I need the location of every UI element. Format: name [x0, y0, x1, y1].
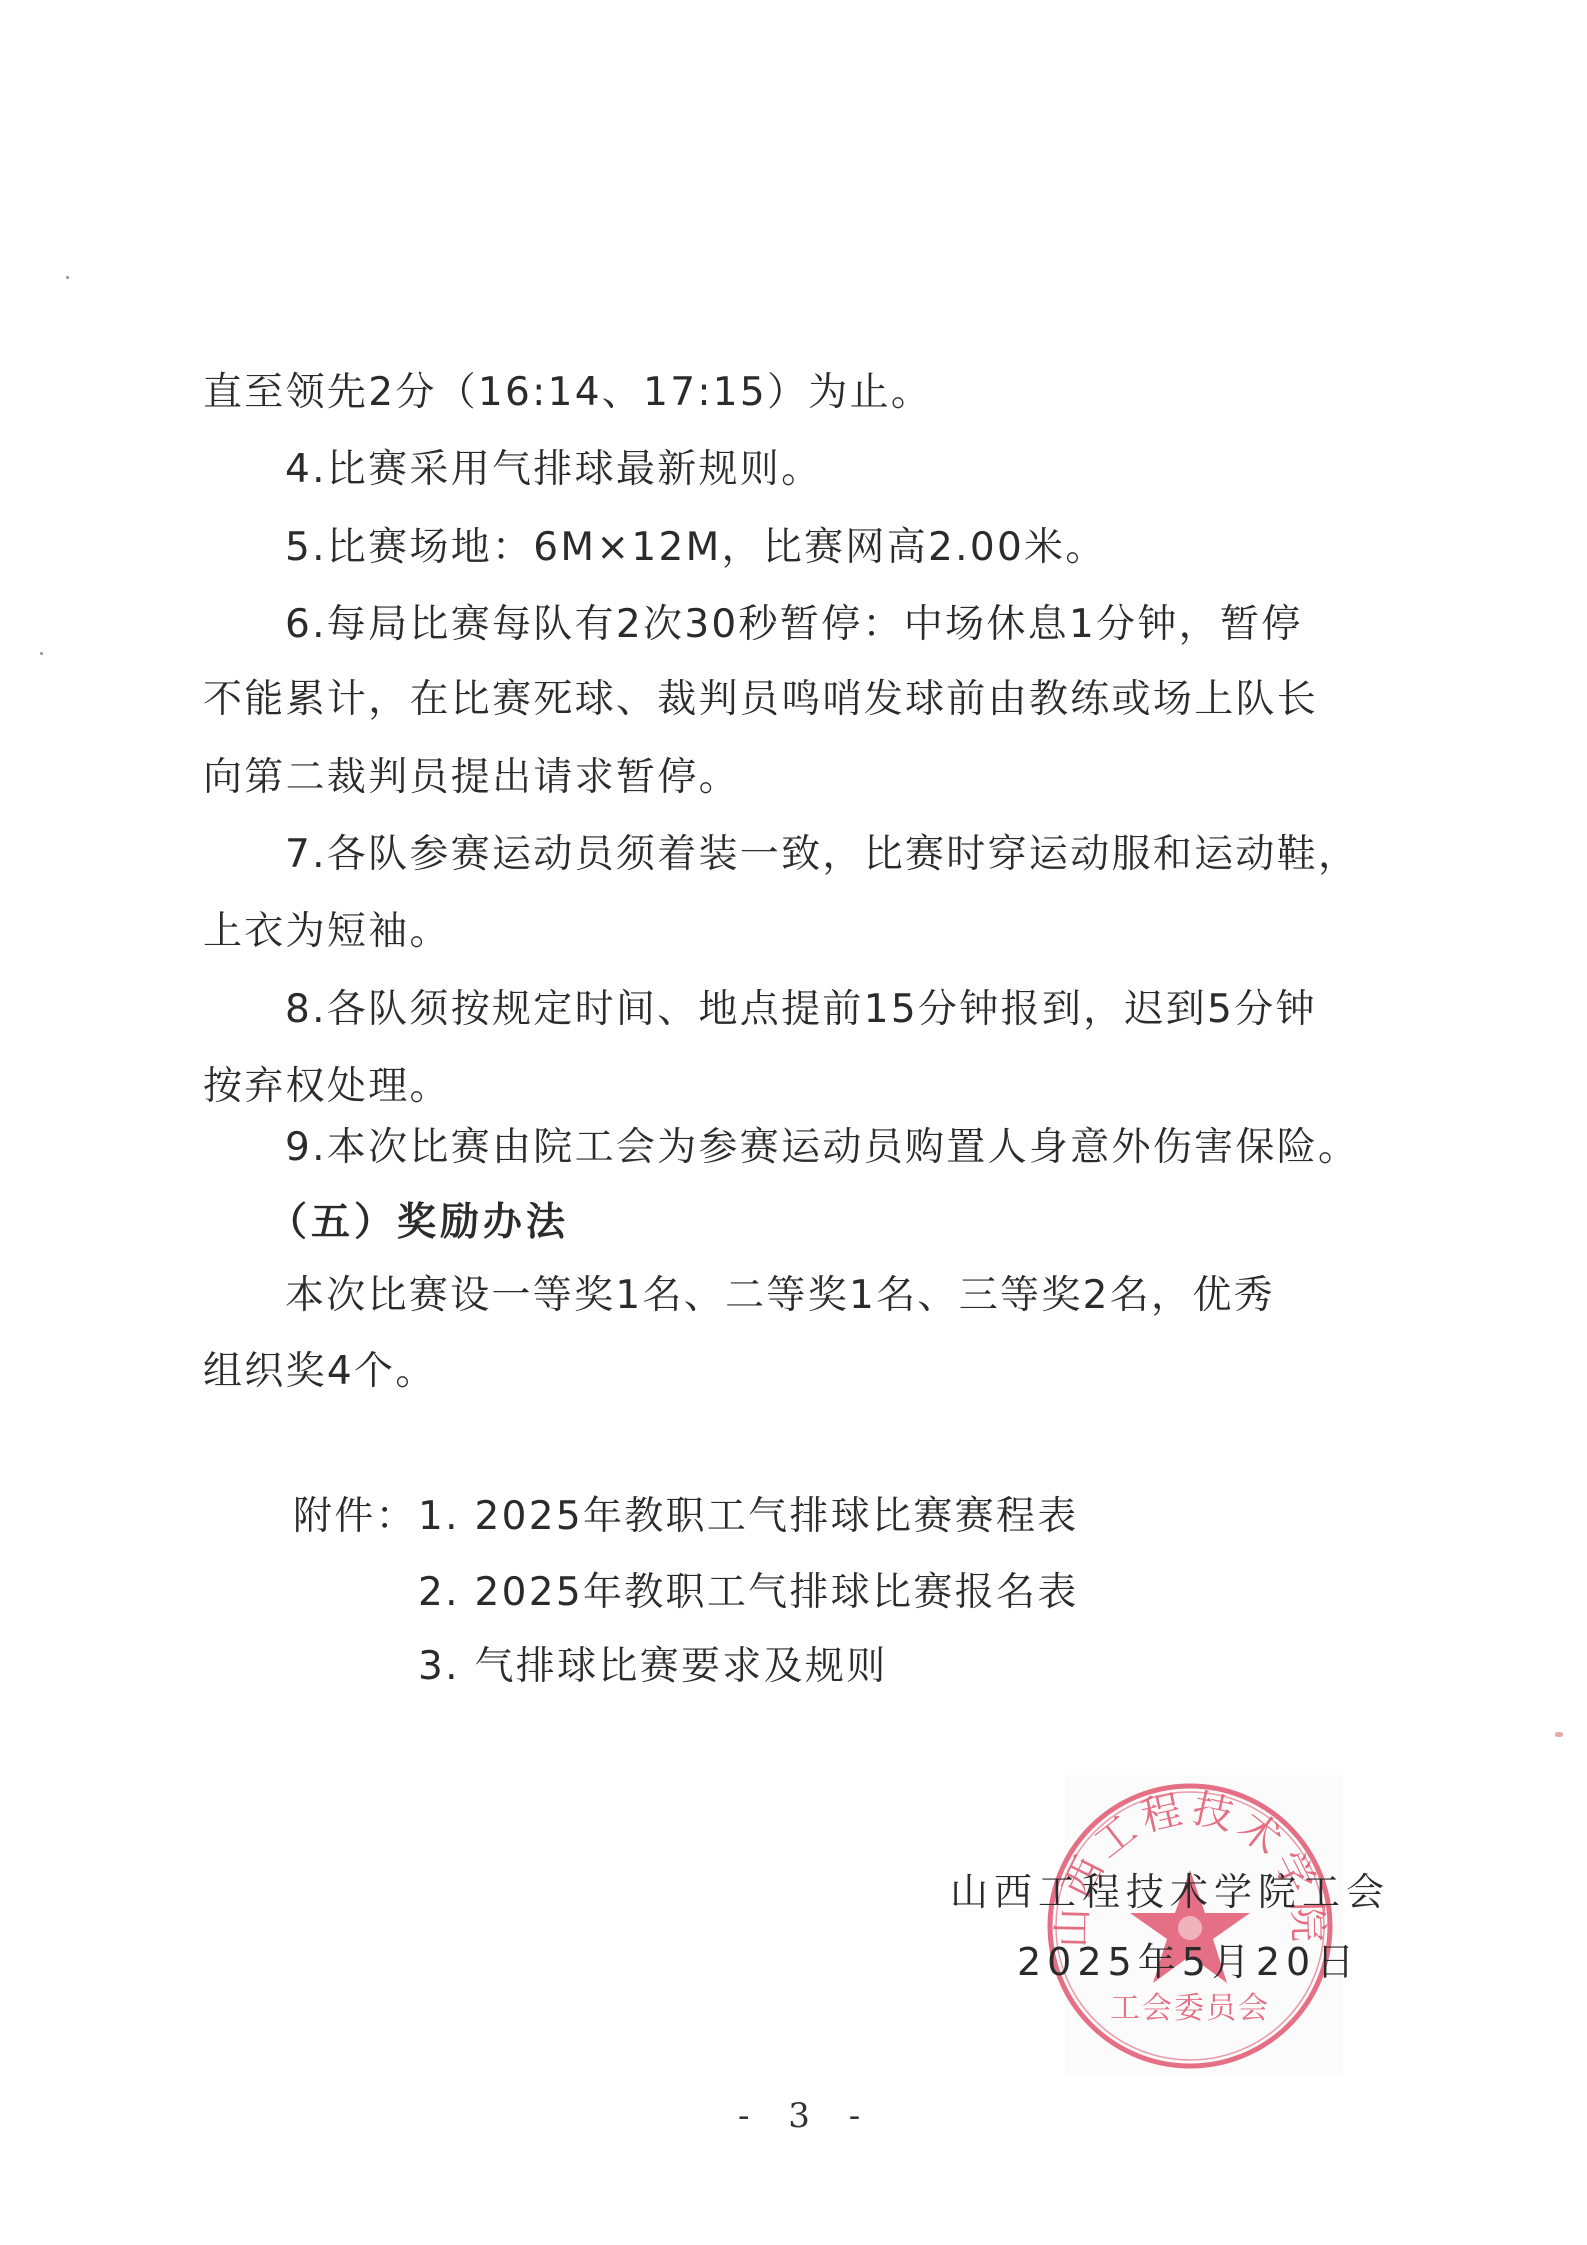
body-line: 5.比赛场地：6M×12M，比赛网高2.00米。 [285, 522, 1107, 574]
attachment-item: 3. 气排球比赛要求及规则 [418, 1641, 888, 1693]
awards-line: 组织奖4个。 [203, 1346, 437, 1398]
page-number: - 3 - [738, 2090, 874, 2142]
awards-line: 本次比赛设一等奖1名、二等奖1名、三等奖2名，优秀 [285, 1270, 1275, 1322]
body-line: 按弃权处理。 [203, 1061, 451, 1113]
signature-organization: 山西工程技术学院工会 [950, 1866, 1390, 1918]
body-line: 直至领先2分（16:14、17:15）为止。 [203, 367, 932, 419]
section-heading: （五）奖励办法 [268, 1196, 569, 1248]
scan-speck [1555, 1732, 1563, 1737]
body-line: 上衣为短袖。 [203, 906, 451, 958]
body-line: 不能累计，在比赛死球、裁判员鸣哨发球前由教练或场上队长 [203, 674, 1318, 726]
scan-speck [40, 652, 43, 655]
body-line: 9.本次比赛由院工会为参赛运动员购置人身意外伤害保险。 [285, 1122, 1359, 1174]
attachment-item: 2. 2025年教职工气排球比赛报名表 [418, 1567, 1079, 1619]
body-line: 向第二裁判员提出请求暂停。 [203, 752, 740, 804]
stamp-background [1065, 1775, 1343, 2075]
attachment-item: 1. 2025年教职工气排球比赛赛程表 [418, 1491, 1079, 1543]
body-line: 8.各队须按规定时间、地点提前15分钟报到，迟到5分钟 [285, 984, 1317, 1036]
signature-date: 2025年5月20日 [1017, 1936, 1360, 1988]
body-line: 4.比赛采用气排球最新规则。 [285, 444, 822, 496]
body-line: 7.各队参赛运动员须着装一致，比赛时穿运动服和运动鞋， [285, 829, 1359, 881]
attachments-label: 附件： [293, 1491, 417, 1543]
body-line: 6.每局比赛每队有2次30秒暂停：中场休息1分钟，暂停 [285, 599, 1303, 651]
scan-speck [66, 276, 69, 279]
